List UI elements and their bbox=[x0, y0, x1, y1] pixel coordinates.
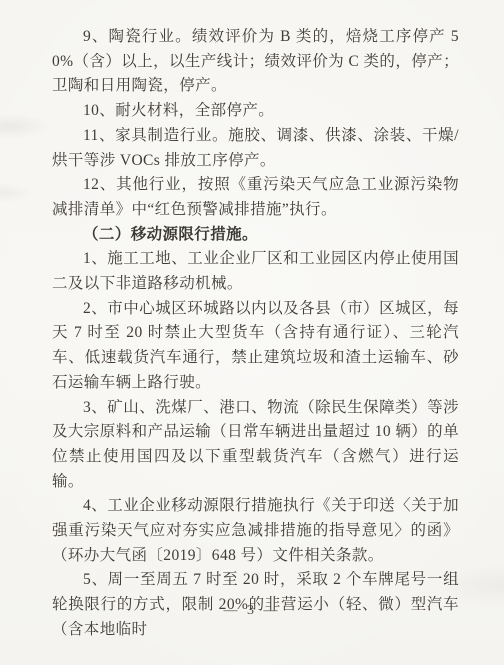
paragraph-item-1-construction-sites: 1、施工工地、工业企业厂区和工业园区内停止使用国二及以下非道路移动机械。 bbox=[52, 247, 459, 296]
section-heading-mobile-source-restrictions: （二）移动源限行措施。 bbox=[52, 223, 459, 248]
paragraph-item-11-furniture: 11、家具制造行业。施胶、调漆、供漆、涂装、干燥/烘干等涉 VOCs 排放工序停… bbox=[52, 124, 459, 173]
page-number: — 3 — bbox=[0, 603, 504, 619]
paragraph-item-2-city-truck-ban: 2、市中心城区环城路以内以及各县（市）区城区，每天 7 时至 20 时禁止大型货… bbox=[52, 297, 459, 396]
document-text-block: 9、陶瓷行业。绩效评价为 B 类的，焙烧工序停产 50%（含）以上，以生产线计；… bbox=[52, 25, 459, 643]
paragraph-item-3-mines-ports-logistics: 3、矿山、洗煤厂、港口、物流（除民生保障类）等涉及大宗原料和产品运输（日常车辆进… bbox=[52, 396, 459, 495]
paragraph-item-12-other-industries: 12、其他行业，按照《重污染天气应急工业源污染物减排清单》中“红色预警减排措施”… bbox=[52, 173, 459, 222]
paragraph-item-4-industrial-mobile-source: 4、工业企业移动源限行措施执行《关于印送〈关于加强重污染天气应对夯实应急减排措施… bbox=[52, 494, 459, 568]
document-page: 9、陶瓷行业。绩效评价为 B 类的，焙烧工序停产 50%（含）以上，以生产线计；… bbox=[0, 0, 504, 665]
paragraph-item-10-refractory: 10、耐火材料，全部停产。 bbox=[52, 99, 459, 124]
paragraph-item-9-ceramics: 9、陶瓷行业。绩效评价为 B 类的，焙烧工序停产 50%（含）以上，以生产线计；… bbox=[52, 25, 459, 99]
